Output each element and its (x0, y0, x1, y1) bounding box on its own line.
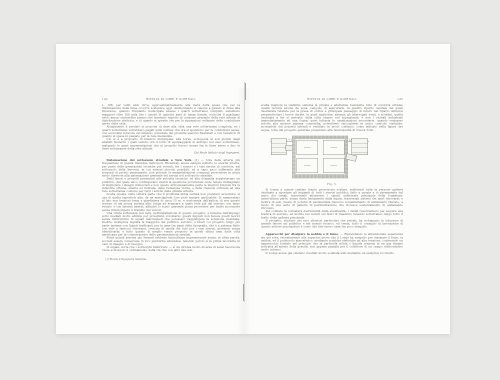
paragraph: Il progetto, studiato nei suoi ulteriori… (261, 219, 403, 228)
page-left-header: 142 RIVISTA DI LIBRI E GIORNALI (102, 98, 240, 102)
paragraph: Una citata sofferenza non farà, nell'ins… (102, 212, 240, 237)
figure-chamber (323, 158, 345, 173)
page-right-header: RIVISTA DI LIBRI E GIORNALI 143 (261, 98, 403, 102)
spine-mark-top (245, 83, 246, 100)
figure-right-tank (352, 138, 369, 155)
figure-caption: Fig. 5. (261, 183, 403, 186)
figure-chamber (297, 158, 319, 173)
source-attribution: Dal Reale Istituto degli Ingegneri. (102, 152, 240, 155)
chamber-label-mark (331, 147, 338, 148)
book-spread: 142 RIVISTA DI LIBRI E GIORNALI L. 186, … (56, 44, 450, 334)
paragraph: Detti lavori e progetti presentati alle … (102, 178, 240, 194)
figure-left-tank (271, 138, 287, 155)
paragraph: Ciò si è a proposito di bilancio municip… (102, 138, 240, 150)
section-heading-text: — Riprendendo le abbandonate esperienze … (261, 233, 403, 252)
spine-fold-line (244, 82, 245, 302)
scanned-book-photo: { "scan": { "background_color": "#e8e8e6… (0, 0, 500, 380)
running-title-right: RIVISTA DI LIBRI E GIORNALI (261, 98, 403, 101)
chamber-label-mark (331, 165, 338, 166)
paragraph: Il Lodge aveva già ottenuto risultati mo… (261, 252, 403, 255)
paragraph: Potrà quindi servirsi più fermati sebben… (102, 237, 240, 246)
footnote: (1) Rivista d'Ingegneria Sanitaria. (102, 259, 240, 262)
paragraph: Scelta questa, sulla vettura parte che i… (102, 193, 240, 212)
page-right: RIVISTA DI LIBRI E GIORNALI 143 scelta m… (261, 98, 403, 255)
figure-basin-inner (296, 139, 345, 174)
paragraph: scelta migliore la viabilità; sistema la… (261, 104, 403, 132)
figure-chamber (323, 140, 345, 155)
figure-basin-wall (292, 135, 348, 178)
page-left: 142 RIVISTA DI LIBRI E GIORNALI L. 186, … (102, 98, 240, 261)
page-number-left: 142 (102, 98, 108, 101)
spine-mark-bottom (243, 284, 244, 301)
section-paragraph: Apparecchi per dissipare la nebbia e il … (261, 233, 403, 252)
chamber-label-mark (304, 147, 311, 148)
figure-cross-section-diagram (270, 135, 369, 180)
paragraph: Attualmente il servizio si propone di da… (102, 126, 240, 138)
paragraph: L. 186, per venti anni circa, approssima… (102, 104, 240, 126)
figure-chamber (297, 140, 319, 155)
section-heading-text: (1) — Una delle arterie più frequentate … (102, 159, 240, 178)
paragraph: In legale, sorta che i sobborghi fabbric… (102, 246, 240, 252)
paragraph: Per colmare la colmatura dell'umidità de… (261, 210, 403, 219)
running-title-left: RIVISTA DI LIBRI E GIORNALI (102, 98, 240, 101)
page-number-right: 143 (397, 98, 403, 101)
chamber-label-mark (304, 165, 311, 166)
paragraph: Si forma a queste cantine tenute provvis… (261, 188, 403, 210)
section-paragraph: Sistemazione del sottosuolo stradale a N… (102, 159, 240, 178)
